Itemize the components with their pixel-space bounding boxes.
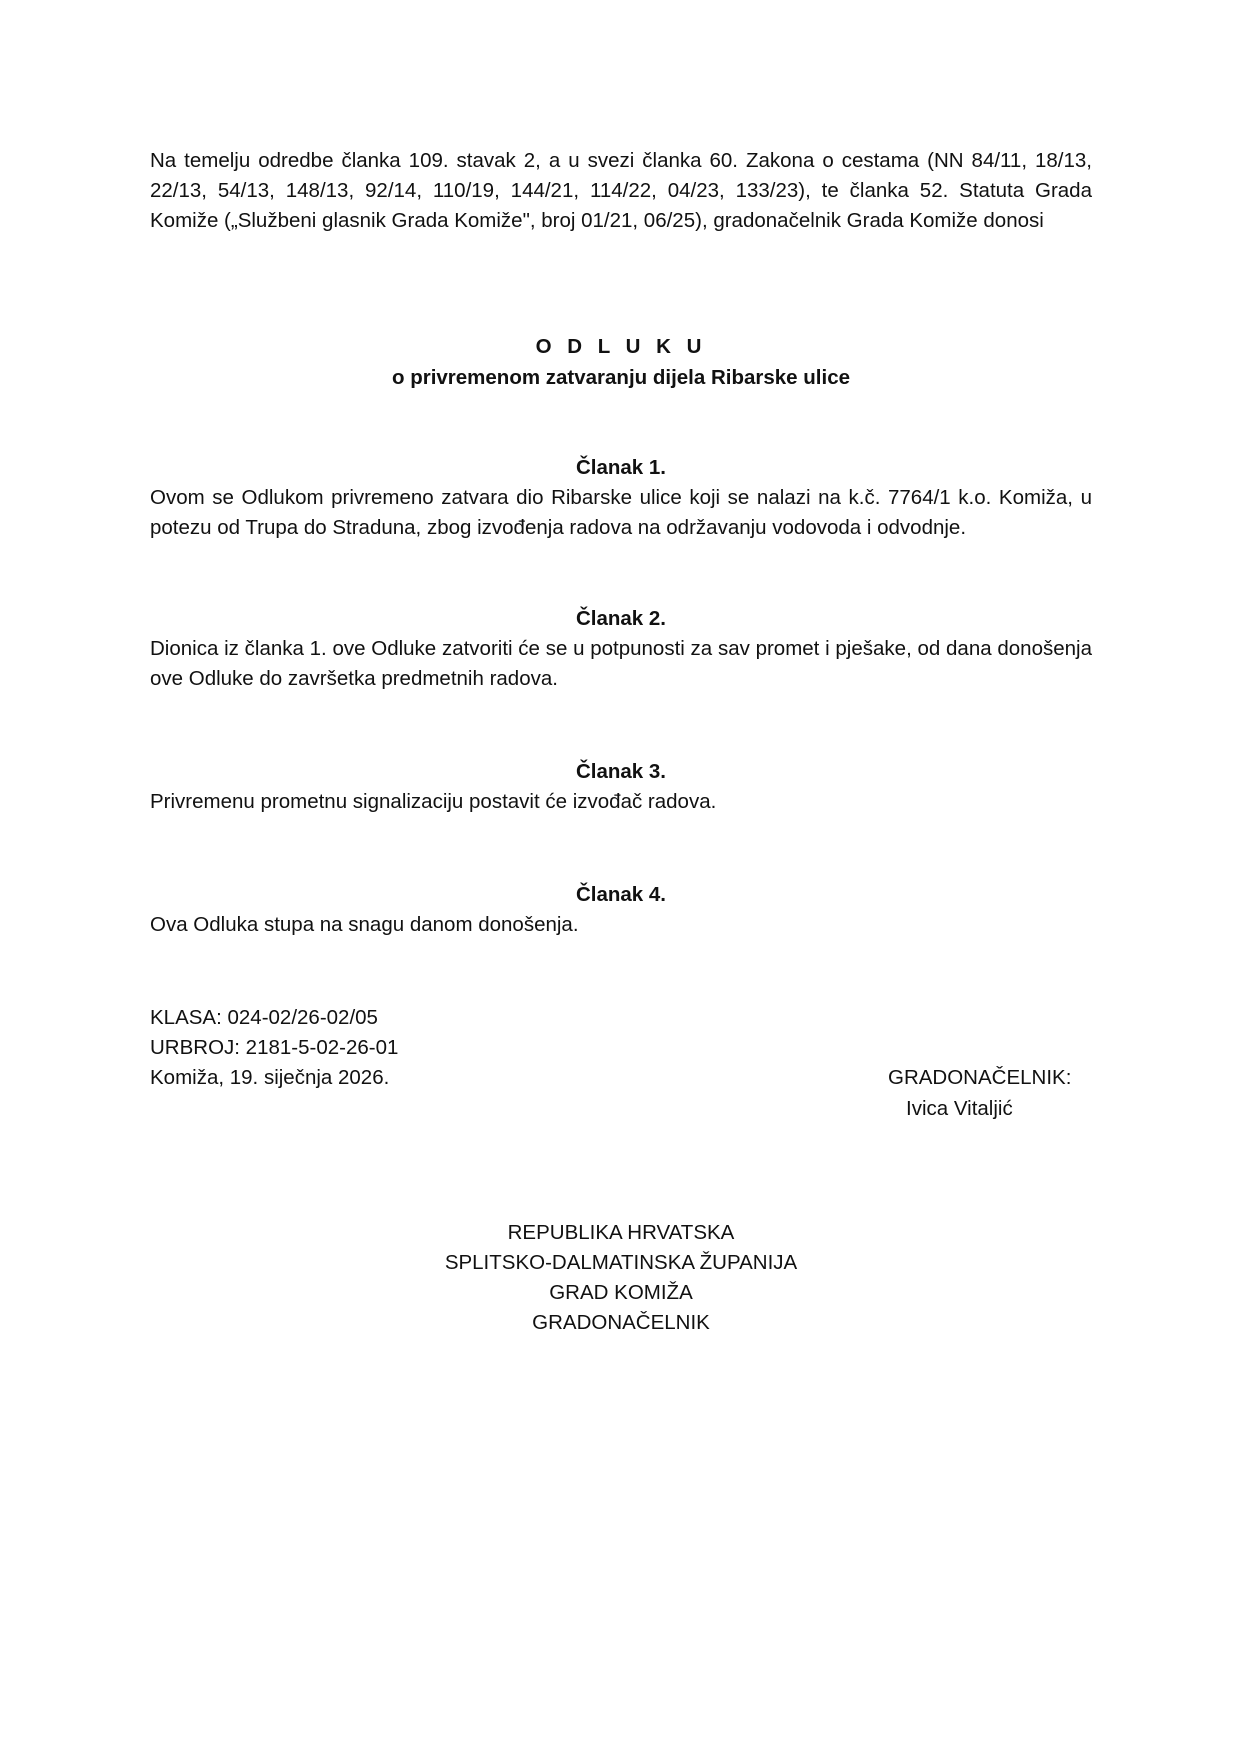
issuer-line-county: SPLITSKO-DALMATINSKA ŽUPANIJA bbox=[150, 1248, 1092, 1278]
place-and-date: Komiža, 19. siječnja 2026. bbox=[150, 1063, 389, 1093]
article-4-heading: Članak 4. bbox=[150, 880, 1092, 910]
decision-subtitle: o privremenom zatvaranju dijela Ribarske… bbox=[150, 363, 1092, 393]
issuer-line-office: GRADONAČELNIK bbox=[150, 1308, 1092, 1338]
article-1-heading: Članak 1. bbox=[150, 453, 1092, 483]
klasa-number: KLASA: 024-02/26-02/05 bbox=[150, 1003, 378, 1033]
article-2-heading: Članak 2. bbox=[150, 604, 1092, 634]
document-page: Na temelju odredbe članka 109. stavak 2,… bbox=[0, 0, 1241, 1755]
article-4-text: Ova Odluka stupa na snagu danom donošenj… bbox=[150, 910, 1092, 940]
urbroj-number: URBROJ: 2181-5-02-26-01 bbox=[150, 1033, 398, 1063]
issuer-line-city: GRAD KOMIŽA bbox=[150, 1278, 1092, 1308]
article-3-text: Privremenu prometnu signalizaciju postav… bbox=[150, 787, 1092, 817]
issuer-block: REPUBLIKA HRVATSKA SPLITSKO-DALMATINSKA … bbox=[150, 1218, 1092, 1338]
article-2-text: Dionica iz članka 1. ove Odluke zatvorit… bbox=[150, 634, 1092, 694]
article-1-text: Ovom se Odlukom privremeno zatvara dio R… bbox=[150, 483, 1092, 543]
signatory-name: Ivica Vitaljić bbox=[906, 1094, 1013, 1124]
signatory-title: GRADONAČELNIK: bbox=[888, 1063, 1071, 1093]
decision-title: O D L U K U bbox=[150, 332, 1092, 362]
issuer-line-country: REPUBLIKA HRVATSKA bbox=[150, 1218, 1092, 1248]
article-3-heading: Članak 3. bbox=[150, 757, 1092, 787]
preamble-paragraph: Na temelju odredbe članka 109. stavak 2,… bbox=[150, 146, 1092, 236]
